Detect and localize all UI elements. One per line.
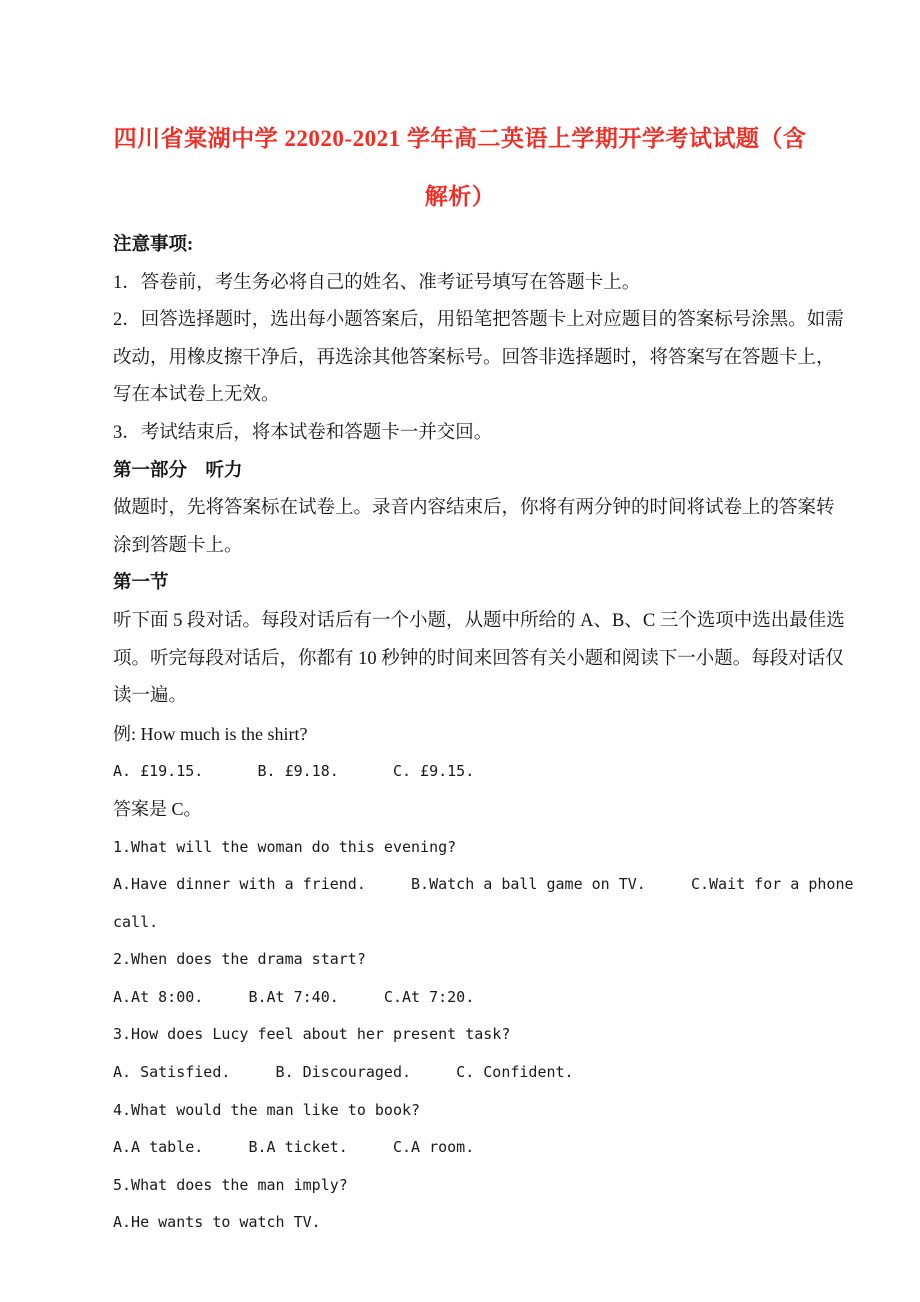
text-line-13: 读一遍。 <box>113 678 864 716</box>
document-title-line-1: 四川省棠湖中学 22020-2021 学年高二英语上学期开学考试试题（含 <box>0 110 920 168</box>
text-line-16: 答案是 C。 <box>113 791 864 829</box>
text-line-2: 1．答卷前，考生务必将自己的姓名、准考证号填写在答题卡上。 <box>113 265 864 303</box>
text-line-12: 项。听完每段对话后，你都有 10 秒钟的时间来回答有关小题和阅读下一小题。每段对… <box>113 641 864 679</box>
text-line-26: 5.What does the man imply? <box>113 1167 864 1205</box>
text-line-22: 3.How does Lucy feel about her present t… <box>113 1016 864 1054</box>
text-line-5: 写在本试卷上无效。 <box>113 377 864 415</box>
text-line-3: 2．回答选择题时，选出每小题答案后，用铅笔把答题卡上对应题目的答案标号涂黑。如需 <box>113 302 864 340</box>
text-line-4: 改动，用橡皮擦干净后，再选涂其他答案标号。回答非选择题时，将答案写在答题卡上， <box>113 340 864 378</box>
document-body: 注意事项:1．答卷前，考生务必将自己的姓名、准考证号填写在答题卡上。2．回答选择… <box>0 226 920 1242</box>
text-line-24: 4.What would the man like to book? <box>113 1092 864 1130</box>
text-line-1: 注意事项: <box>113 227 864 265</box>
text-line-9: 涂到答题卡上。 <box>113 528 864 566</box>
text-line-14: 例: How much is the shirt? <box>113 716 864 754</box>
text-line-10: 第一节 <box>113 565 864 603</box>
text-line-20: 2.When does the drama start? <box>113 941 864 979</box>
text-line-21: A.At 8:00. B.At 7:40. C.At 7:20. <box>113 979 864 1017</box>
exam-paper-page: 四川省棠湖中学 22020-2021 学年高二英语上学期开学考试试题（含 解析）… <box>0 0 920 1302</box>
text-line-8: 做题时，先将答案标在试卷上。录音内容结束后，你将有两分钟的时间将试卷上的答案转 <box>113 490 864 528</box>
text-line-19: call. <box>113 904 864 942</box>
document-title-line-2: 解析） <box>0 168 920 226</box>
text-line-6: 3．考试结束后，将本试卷和答题卡一并交回。 <box>113 415 864 453</box>
text-line-17: 1.What will the woman do this evening? <box>113 829 864 867</box>
text-line-15: A. £19.15. B. £9.18. C. £9.15. <box>113 753 864 791</box>
text-line-23: A. Satisfied. B. Discouraged. C. Confide… <box>113 1054 864 1092</box>
text-line-11: 听下面 5 段对话。每段对话后有一个小题，从题中所给的 A、B、C 三个选项中选… <box>113 603 864 641</box>
text-line-7: 第一部分 听力 <box>113 453 864 491</box>
document-title: 四川省棠湖中学 22020-2021 学年高二英语上学期开学考试试题（含 解析） <box>0 0 920 226</box>
text-line-25: A.A table. B.A ticket. C.A room. <box>113 1129 864 1167</box>
text-line-18: A.Have dinner with a friend. B.Watch a b… <box>113 866 864 904</box>
text-line-27: A.He wants to watch TV. <box>113 1204 864 1242</box>
